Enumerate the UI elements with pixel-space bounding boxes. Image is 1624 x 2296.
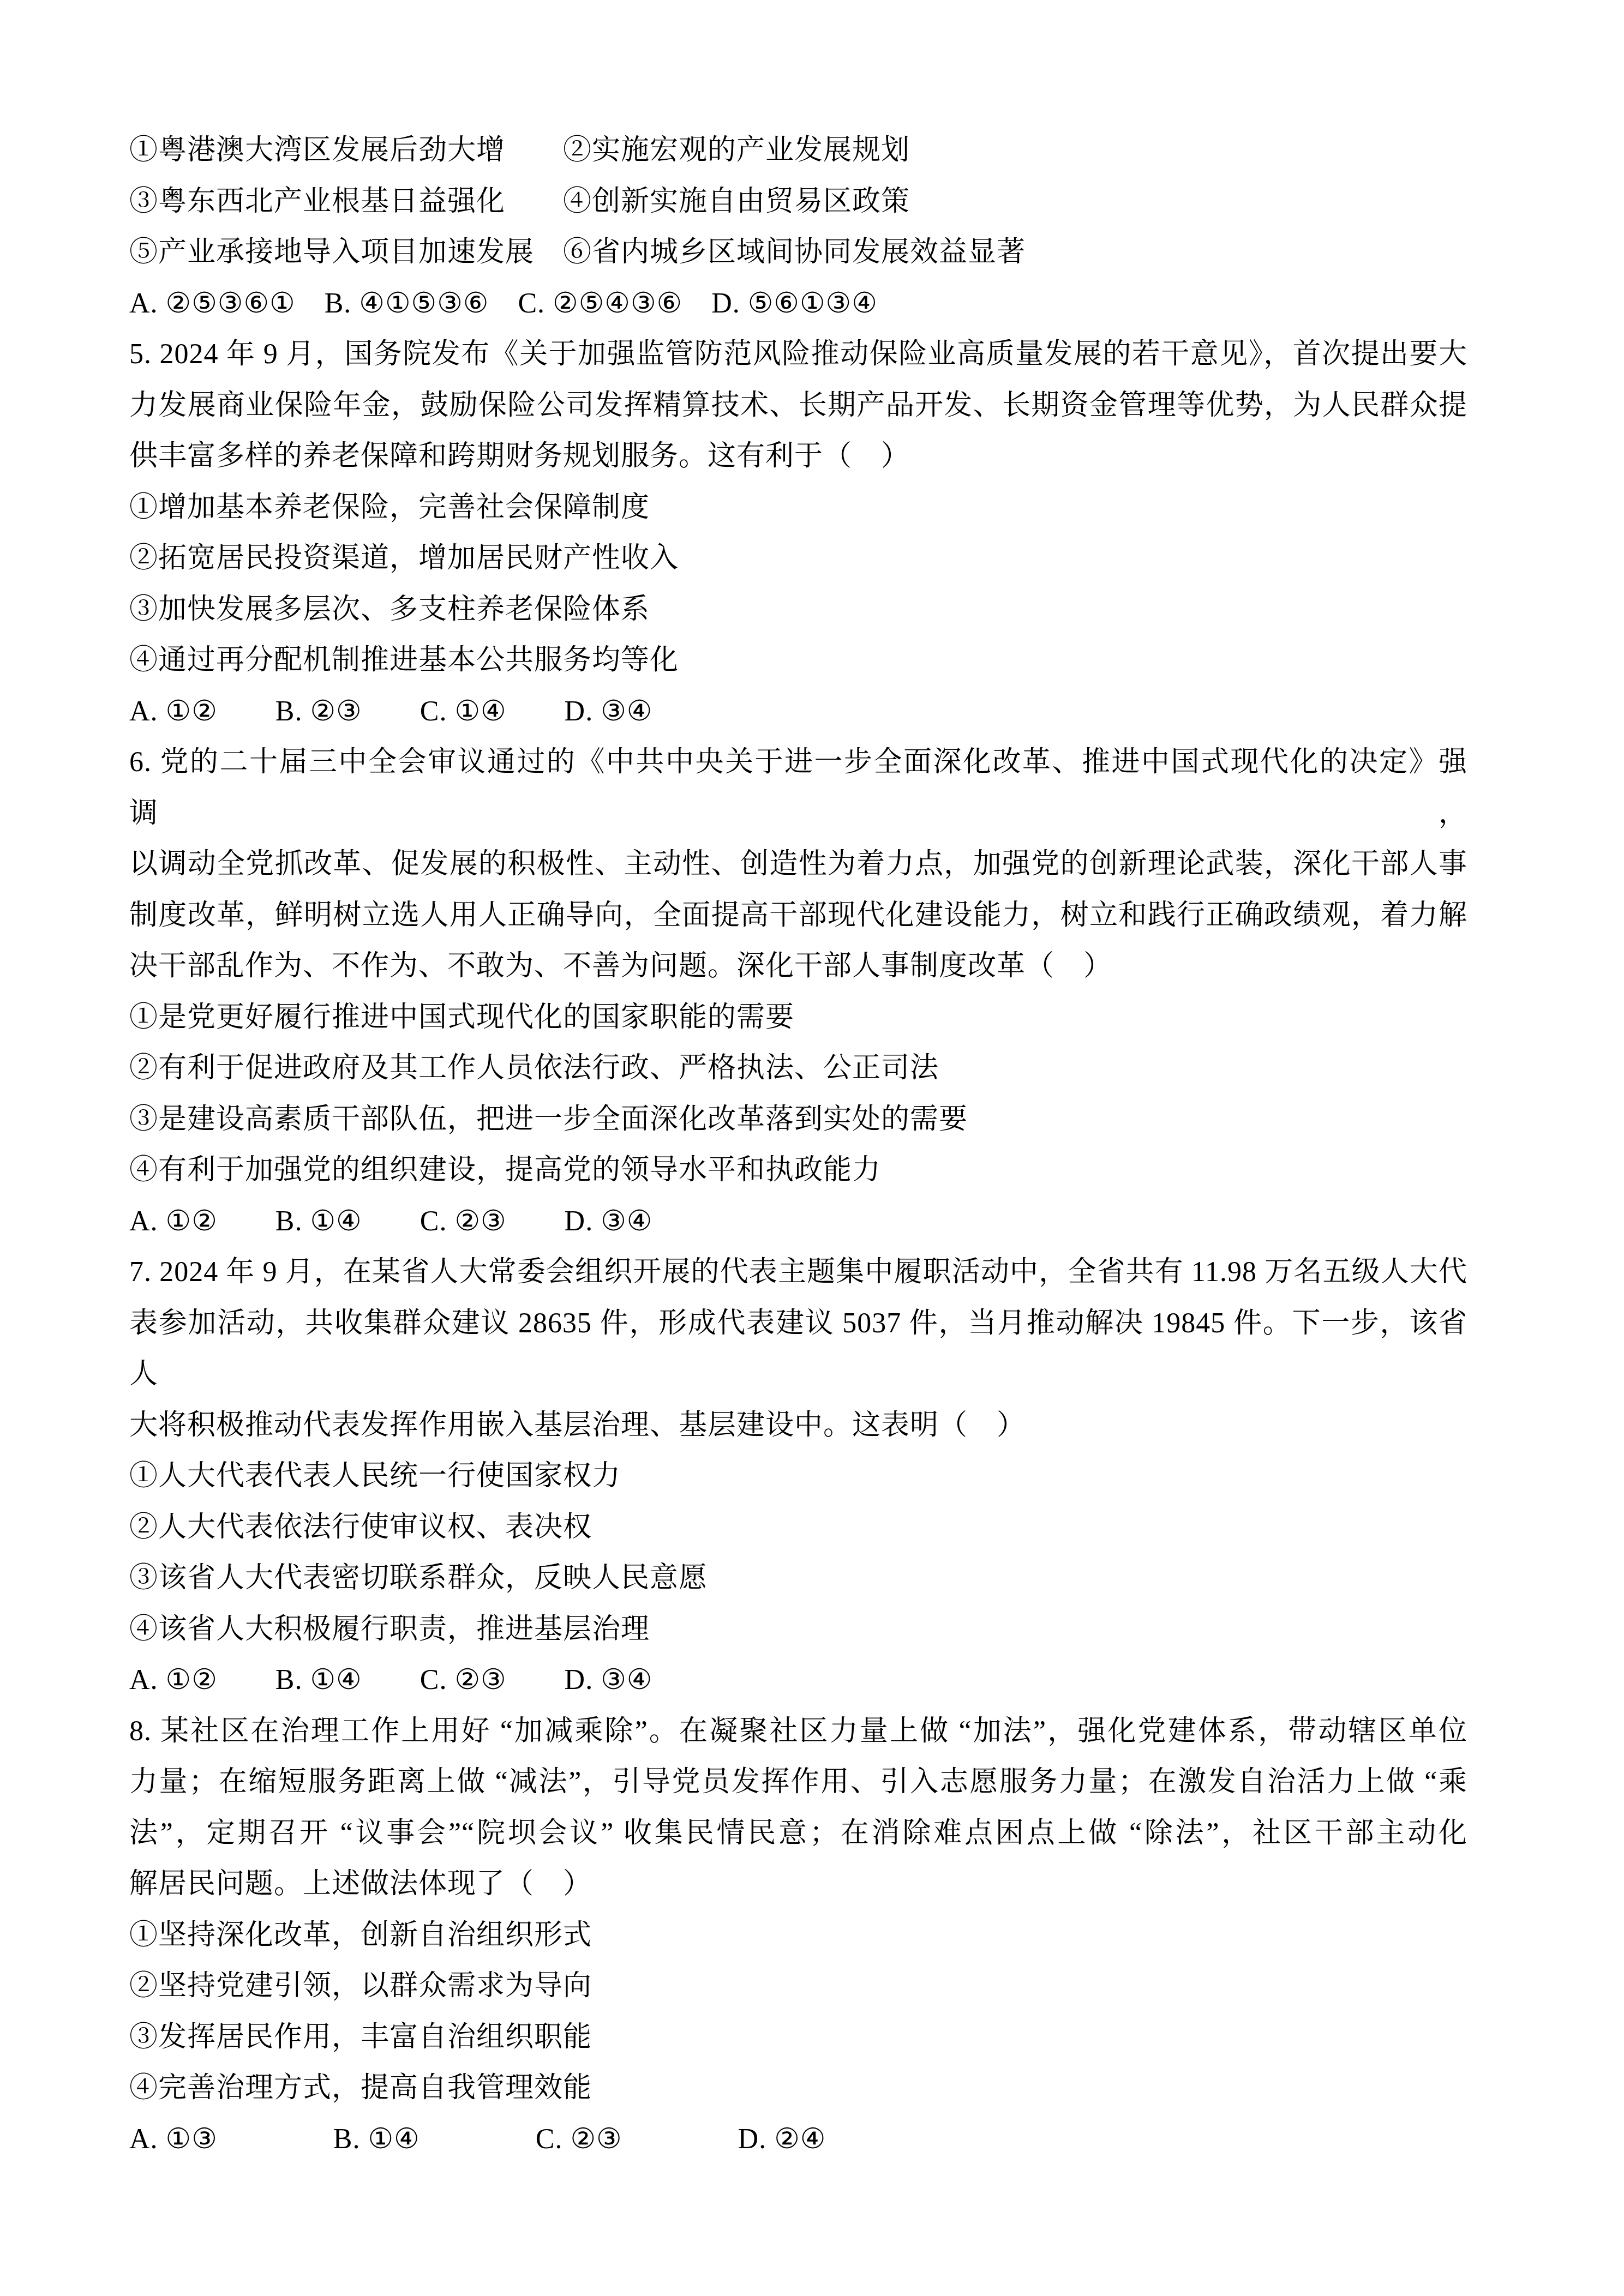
page-content: ①粤港澳大湾区发展后劲大增 ②实施宏观的产业发展规划 ③粤东西北产业根基日益强化… (129, 125, 1467, 2165)
option-line: ②拓宽居民投资渠道，增加居民财产性收入 (129, 533, 1467, 584)
question-8: 8. 某社区在治理工作上用好 “加减乘除”。在凝聚社区力量上做 “加法”，强化党… (129, 1706, 1467, 2165)
option-line: ①增加基本养老保险，完善社会保障制度 (129, 482, 1467, 533)
stem-line: 供丰富多样的养老保障和跨期财务规划服务。这有利于（ ） (129, 431, 1467, 482)
stem-line: 决干部乱作为、不作为、不敢为、不善为问题。深化干部人事制度改革（ ） (129, 941, 1467, 992)
option-line: ②有利于促进政府及其工作人员依法行政、严格执法、公正司法 (129, 1043, 1467, 1094)
answer-choices-line: A. ②⑤③⑥① B. ④①⑤③⑥ C. ②⑤④③⑥ D. ⑤⑥①③④ (129, 278, 1467, 329)
option-line: ①人大代表代表人民统一行使国家权力 (129, 1451, 1467, 1502)
stem-line: 解居民问题。上述做法体现了（ ） (129, 1859, 1467, 1910)
option-line: ⑤产业承接地导入项目加速发展 ⑥省内城乡区域间协同发展效益显著 (129, 227, 1467, 278)
option-line: ④通过再分配机制推进基本公共服务均等化 (129, 635, 1467, 686)
stem-line: 以调动全党抓改革、促发展的积极性、主动性、创造性为着力点，加强党的创新理论武装，… (129, 839, 1467, 890)
stem-line: 表参加活动，共收集群众建议 28635 件，形成代表建议 5037 件，当月推动… (129, 1298, 1467, 1400)
stem-line: 力发展商业保险年金，鼓励保险公司发挥精算技术、长期产品开发、长期资金管理等优势，… (129, 380, 1467, 431)
exam-page: ①粤港澳大湾区发展后劲大增 ②实施宏观的产业发展规划 ③粤东西北产业根基日益强化… (0, 0, 1624, 2296)
stem-line: 制度改革，鲜明树立选人用人正确导向，全面提高干部现代化建设能力，树立和践行正确政… (129, 890, 1467, 941)
option-line: ②坚持党建引领，以群众需求为导向 (129, 1961, 1467, 2012)
option-line: ④该省人大积极履行职责，推进基层治理 (129, 1604, 1467, 1655)
option-line: ①粤港澳大湾区发展后劲大增 ②实施宏观的产业发展规划 (129, 125, 1467, 176)
option-line: ①是党更好履行推进中国式现代化的国家职能的需要 (129, 992, 1467, 1043)
stem-line: 8. 某社区在治理工作上用好 “加减乘除”。在凝聚社区力量上做 “加法”，强化党… (129, 1706, 1467, 1757)
stem-line: 法”，定期召开 “议事会”“院坝会议” 收集民情民意；在消除难点困点上做 “除法… (129, 1808, 1467, 1859)
option-line: ③粤东西北产业根基日益强化 ④创新实施自由贸易区政策 (129, 176, 1467, 227)
question-7: 7. 2024 年 9 月，在某省人大常委会组织开展的代表主题集中履职活动中，全… (129, 1247, 1467, 1706)
stem-line: 力量；在缩短服务距离上做 “减法”，引导党员发挥作用、引入志愿服务力量；在激发自… (129, 1757, 1467, 1808)
answer-choices-line: A. ①② B. ①④ C. ②③ D. ③④ (129, 1655, 1467, 1706)
option-line: ③发挥居民作用，丰富自治组织职能 (129, 2012, 1467, 2063)
option-line: ③是建设高素质干部队伍，把进一步全面深化改革落到实处的需要 (129, 1094, 1467, 1145)
stem-line: 7. 2024 年 9 月，在某省人大常委会组织开展的代表主题集中履职活动中，全… (129, 1247, 1467, 1298)
question-5: 5. 2024 年 9 月，国务院发布《关于加强监管防范风险推动保险业高质量发展… (129, 329, 1467, 737)
stem-line: 6. 党的二十届三中全会审议通过的《中共中央关于进一步全面深化改革、推进中国式现… (129, 737, 1467, 839)
option-line: ②人大代表依法行使审议权、表决权 (129, 1502, 1467, 1553)
question-6: 6. 党的二十届三中全会审议通过的《中共中央关于进一步全面深化改革、推进中国式现… (129, 737, 1467, 1247)
option-line: ④有利于加强党的组织建设，提高党的领导水平和执政能力 (129, 1145, 1467, 1196)
stem-line: 5. 2024 年 9 月，国务院发布《关于加强监管防范风险推动保险业高质量发展… (129, 329, 1467, 380)
stem-line: 大将积极推动代表发挥作用嵌入基层治理、基层建设中。这表明（ ） (129, 1400, 1467, 1451)
option-line: ③该省人大代表密切联系群众，反映人民意愿 (129, 1553, 1467, 1604)
option-line: ①坚持深化改革，创新自治组织形式 (129, 1910, 1467, 1961)
option-line: ③加快发展多层次、多支柱养老保险体系 (129, 584, 1467, 635)
answer-choices-line: A. ①② B. ②③ C. ①④ D. ③④ (129, 686, 1467, 737)
answer-choices-line: A. ①② B. ①④ C. ②③ D. ③④ (129, 1196, 1467, 1247)
question-4-partial: ①粤港澳大湾区发展后劲大增 ②实施宏观的产业发展规划 ③粤东西北产业根基日益强化… (129, 125, 1467, 329)
option-line: ④完善治理方式，提高自我管理效能 (129, 2063, 1467, 2114)
answer-choices-line: A. ①③ B. ①④ C. ②③ D. ②④ (129, 2114, 1467, 2165)
